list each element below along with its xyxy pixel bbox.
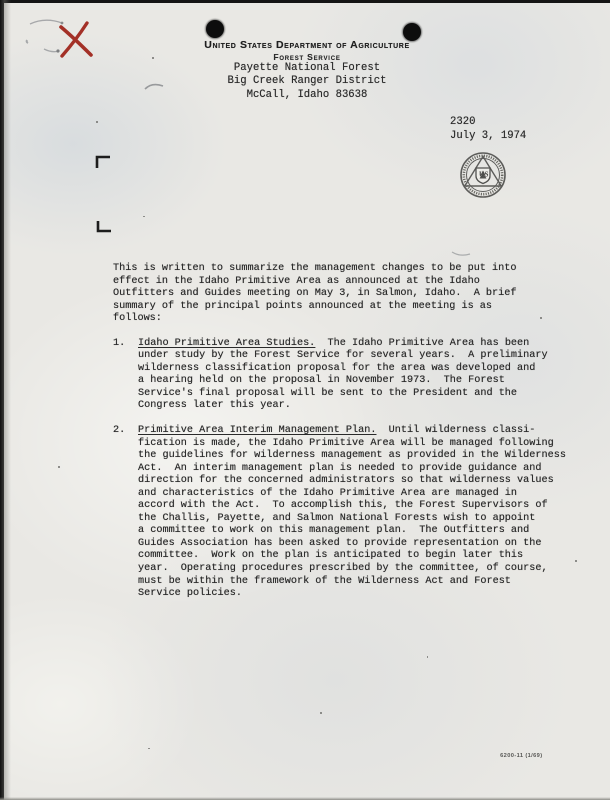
form-number: 6200-11 (1/69) [500, 753, 542, 759]
scan-edge-top [0, 0, 610, 3]
letter-body: This is written to summarize the managem… [113, 263, 573, 601]
office-name: Payette National Forest [145, 62, 469, 75]
district-name: Big Creek Ranger District [145, 75, 469, 88]
list-item-2: 2. Primitive Area Interim Management Pla… [113, 425, 573, 601]
list-item-2-number: 2. [113, 425, 138, 601]
paper-speck [152, 57, 154, 59]
letter-date: July 3, 1974 [450, 129, 526, 143]
paper-speck [143, 216, 145, 217]
list-item-2-heading: Primitive Area Interim Management Plan. [138, 425, 376, 436]
intro-paragraph: This is written to summarize the managem… [113, 263, 573, 326]
division-name: Forest Service [145, 52, 469, 62]
paper-speck [148, 748, 150, 749]
svg-text:U: U [479, 171, 484, 179]
scanned-letter-page: United States Department of Agriculture … [0, 0, 610, 800]
corner-bracket-marks [97, 157, 111, 231]
list-item-1-number: 1. [113, 338, 138, 413]
agency-name: United States Department of Agriculture [145, 39, 469, 51]
paper-speck [540, 317, 542, 319]
paper-speck [58, 466, 60, 468]
reference-block: 2320 July 3, 1974 [450, 115, 526, 143]
city-line: McCall, Idaho 83638 [145, 89, 469, 102]
letterhead: United States Department of Agriculture … [145, 39, 469, 102]
paper-speck [96, 121, 98, 123]
punch-hole-left [206, 20, 224, 38]
svg-text:S: S [485, 171, 489, 179]
file-code: 2320 [450, 115, 526, 129]
red-x-mark [61, 23, 91, 56]
list-item-2-text: Primitive Area Interim Management Plan. … [138, 425, 573, 601]
list-item-1-heading: Idaho Primitive Area Studies. [138, 338, 315, 349]
scan-edge-left-shadow [4, 0, 11, 800]
paper-speck [575, 560, 577, 562]
forest-service-seal-icon: U S [458, 150, 508, 200]
paper-speck [427, 656, 428, 658]
paper-speck [320, 712, 322, 714]
list-item-1-text: Idaho Primitive Area Studies. The Idaho … [138, 338, 573, 413]
list-item-2-body: Until wilderness classi- fication is mad… [138, 425, 566, 599]
list-item-1: 1. Idaho Primitive Area Studies. The Ida… [113, 338, 573, 413]
